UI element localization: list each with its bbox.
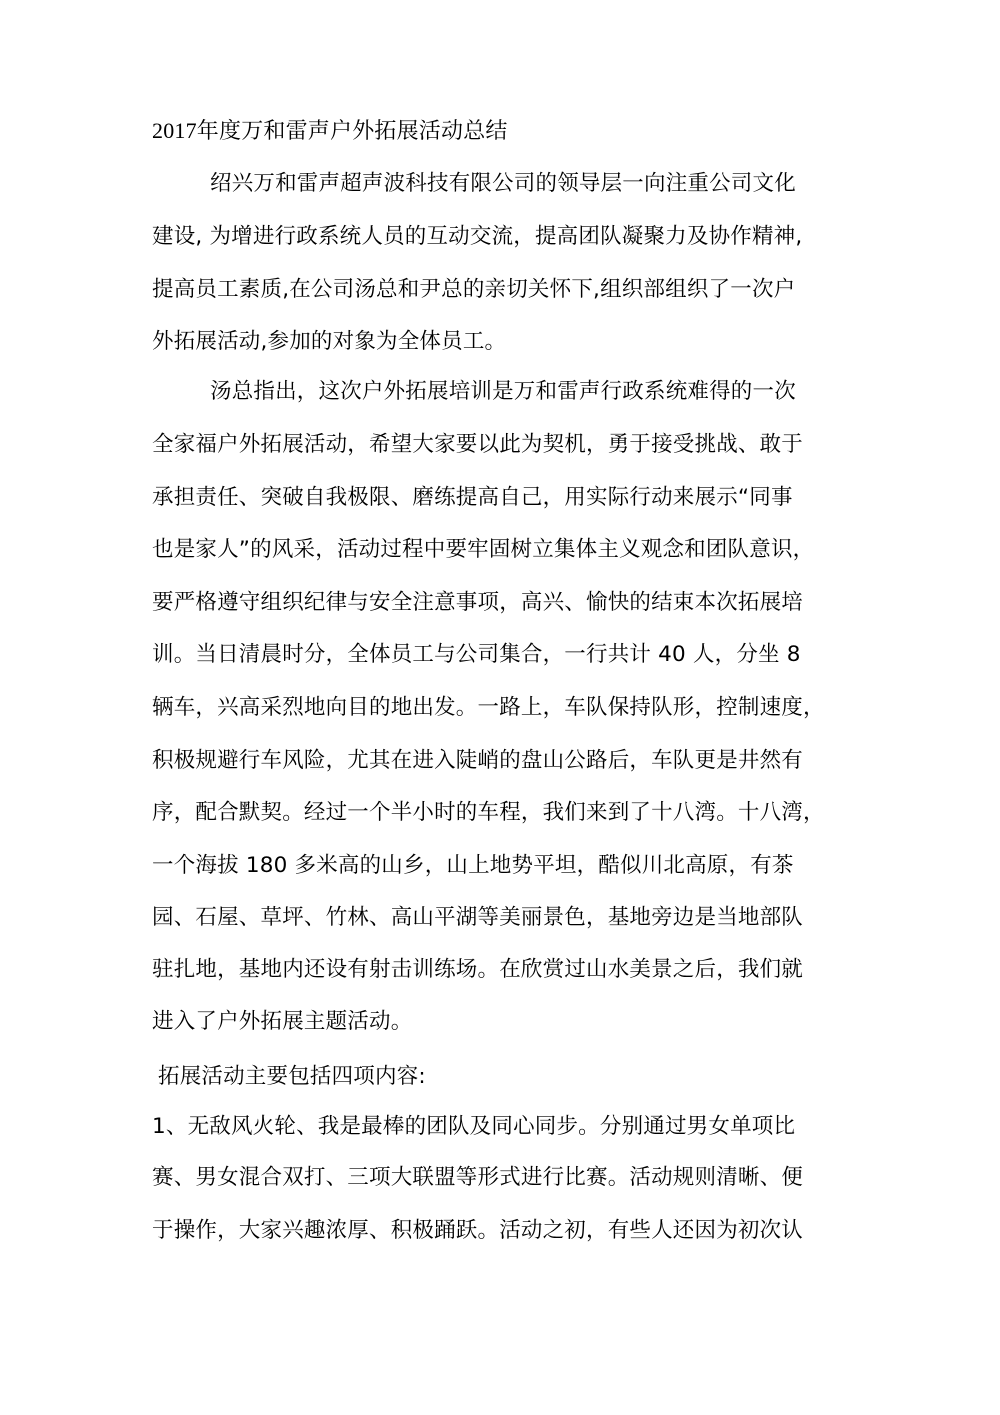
paragraph-line: 也是家人”的风采，活动过程中要牢固树立集体主义观念和团队意识， <box>152 536 814 564</box>
list-item-line: 1、无敌风火轮、我是最棒的团队及同心同步。分别通过男女单项比 <box>152 1113 795 1141</box>
paragraph-line: 提高员工素质,在公司汤总和尹总的亲切关怀下,组织部组织了一次户 <box>152 276 795 304</box>
list-item-line: 赛、男女混合双打、三项大联盟等形式进行比赛。活动规则清晰、便 <box>152 1164 803 1192</box>
paragraph-line: 承担责任、突破自我极限、磨练提高自己，用实际行动来展示“同事 <box>152 484 793 512</box>
paragraph-line: 要严格遵守组织纪律与安全注意事项，高兴、愉快的结束本次拓展培 <box>152 589 803 617</box>
document-page: 2017年度万和雷声户外拓展活动总结 绍兴万和雷声超声波科技有限公司的领导层一向… <box>0 0 1000 1415</box>
paragraph-line: 序，配合默契。经过一个半小时的车程，我们来到了十八湾。十八湾， <box>152 799 825 827</box>
paragraph-line: 训。当日清晨时分，全体员工与公司集合，一行共计 40 人，分坐 8 <box>152 641 801 669</box>
section-heading: 拓展活动主要包括四项内容: <box>158 1063 426 1091</box>
paragraph-line: 驻扎地，基地内还设有射击训练场。在欣赏过山水美景之后，我们就 <box>152 956 803 984</box>
paragraph-line: 汤总指出，这次户外拓展培训是万和雷声行政系统难得的一次 <box>210 378 796 406</box>
paragraph-line: 园、石屋、草坪、竹林、高山平湖等美丽景色，基地旁边是当地部队 <box>152 904 803 932</box>
paragraph-line: 绍兴万和雷声超声波科技有限公司的领导层一向注重公司文化 <box>210 170 796 198</box>
list-item-line: 于操作，大家兴趣浓厚、积极踊跃。活动之初，有些人还因为初次认 <box>152 1217 803 1245</box>
paragraph-line: 积极规避行车风险，尤其在进入陡峭的盘山公路后，车队更是井然有 <box>152 747 803 775</box>
paragraph-line: 辆车，兴高采烈地向目的地出发。一路上，车队保持队形，控制速度， <box>152 694 825 722</box>
paragraph-line: 一个海拔 180 多米高的山乡，山上地势平坦，酷似川北高原，有茶 <box>152 852 794 880</box>
document-title: 2017年度万和雷声户外拓展活动总结 <box>152 117 508 145</box>
paragraph-line: 全家福户外拓展活动，希望大家要以此为契机，勇于接受挑战、敢于 <box>152 431 803 459</box>
paragraph-line: 进入了户外拓展主题活动。 <box>152 1008 412 1036</box>
paragraph-line: 外拓展活动,参加的对象为全体员工。 <box>152 328 506 356</box>
paragraph-line: 建设, 为增进行政系统人员的互动交流，提高团队凝聚力及协作精神, <box>152 223 802 251</box>
